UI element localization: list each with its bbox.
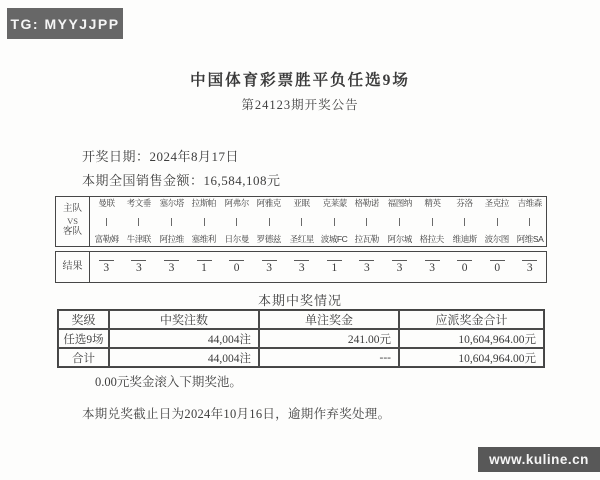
vs-tick-icon (171, 218, 172, 226)
score-placeholder-dash (164, 260, 179, 261)
away-team-name: 格拉夫 (420, 235, 444, 244)
match-result-value: 1 (201, 263, 207, 275)
away-team-name: 圣红星 (290, 235, 314, 244)
match-column: 拉斯帕塞维利 (188, 197, 221, 246)
vs-tick-icon (464, 218, 465, 226)
vs-tick-icon (106, 218, 107, 226)
vs-tick-icon (432, 218, 433, 226)
per-bet-prize-cell: 241.00元 (259, 329, 399, 348)
result-column: 3 (123, 252, 156, 282)
match-column: 考文垂牛津联 (123, 197, 156, 246)
match-result-value: 3 (266, 263, 272, 275)
match-column: 曼联富勒姆 (90, 197, 123, 246)
score-placeholder-dash (99, 260, 114, 261)
away-team-name: 牛津联 (127, 235, 151, 244)
vs-tick-icon (529, 218, 530, 226)
away-team-name: 罗德兹 (257, 235, 281, 244)
home-row-label: 主队 (63, 204, 82, 216)
winners-count-cell: 44,004注 (109, 348, 259, 367)
match-column: 圣克拉波尔图 (481, 197, 514, 246)
prize-level-cell: 合计 (58, 348, 109, 367)
result-column: 3 (383, 252, 416, 282)
home-team-name: 亚眠 (294, 199, 310, 208)
match-result-value: 3 (299, 263, 305, 275)
site-watermark-badge: www.kuline.cn (478, 447, 600, 472)
home-team-name: 圣克拉 (485, 199, 509, 208)
away-team-name: 阿拉维 (159, 235, 183, 244)
total-prize-cell: 10,604,964.00元 (399, 348, 544, 367)
match-column: 吉维森阿维SA (514, 197, 547, 246)
page-title: 中国体育彩票胜平负任选9场 (0, 68, 600, 90)
score-placeholder-dash (490, 260, 505, 261)
match-column: 亚眠圣红星 (285, 197, 318, 246)
telegram-watermark-badge: TG: MYYJJPP (7, 8, 123, 39)
score-placeholder-dash (131, 260, 146, 261)
match-column: 格勒诺拉瓦勒 (351, 197, 384, 246)
result-column: 0 (220, 252, 253, 282)
match-columns: 曼联富勒姆考文垂牛津联塞尔塔阿拉维拉斯帕塞维利阿弗尔日尔曼阿雅克罗德兹亚眠圣红星… (90, 197, 546, 246)
lottery-announcement-page: TG: MYYJJPP 中国体育彩票胜平负任选9场 第24123期开奖公告 开奖… (0, 0, 600, 480)
match-result-value: 0 (234, 263, 240, 275)
home-team-name: 考文垂 (127, 199, 151, 208)
vs-tick-icon (204, 218, 205, 226)
match-column: 克莱蒙波城FC (318, 197, 351, 246)
vs-tick-icon (269, 218, 270, 226)
match-column: 福图纳阿尔城 (383, 197, 416, 246)
prize-table-header: 奖级 (58, 310, 109, 329)
home-team-name: 拉斯帕 (192, 199, 216, 208)
away-team-name: 波城FC (321, 235, 348, 244)
issue-subtitle: 第24123期开奖公告 (0, 95, 600, 113)
prize-table-header: 应派奖金合计 (399, 310, 544, 329)
vs-tick-icon (366, 218, 367, 226)
match-result-value: 1 (331, 263, 337, 275)
away-team-name: 日尔曼 (224, 235, 248, 244)
result-table: 结果 33310331333003 (55, 251, 547, 283)
home-team-name: 曼联 (98, 199, 114, 208)
result-row-label: 结果 (56, 252, 90, 282)
prize-table: 奖级中奖注数单注奖金应派奖金合计任选9场44,004注241.00元10,604… (57, 309, 545, 368)
per-bet-prize-cell: --- (259, 348, 399, 367)
home-team-name: 阿弗尔 (224, 199, 248, 208)
home-team-name: 福图纳 (387, 199, 411, 208)
home-team-name: 塞尔塔 (159, 199, 183, 208)
score-placeholder-dash (392, 260, 407, 261)
home-team-name: 吉维森 (518, 199, 542, 208)
away-team-name: 塞维利 (192, 235, 216, 244)
vs-tick-icon (334, 218, 335, 226)
match-result-value: 0 (462, 263, 468, 275)
draw-date-line: 开奖日期：2024年8月17日 (82, 146, 239, 165)
home-team-name: 阿雅克 (257, 199, 281, 208)
prize-table-header: 单注奖金 (259, 310, 399, 329)
away-team-name: 维迪斯 (453, 235, 477, 244)
match-column: 芬洛维迪斯 (448, 197, 481, 246)
score-placeholder-dash (425, 260, 440, 261)
home-team-name: 芬洛 (457, 199, 473, 208)
score-placeholder-dash (457, 260, 472, 261)
match-column: 阿弗尔日尔曼 (220, 197, 253, 246)
result-column: 1 (318, 252, 351, 282)
result-column: 3 (285, 252, 318, 282)
match-column: 阿雅克罗德兹 (253, 197, 286, 246)
away-team-name: 富勒姆 (94, 235, 118, 244)
away-team-name: 阿尔城 (387, 235, 411, 244)
away-team-name: 波尔图 (485, 235, 509, 244)
score-placeholder-dash (229, 260, 244, 261)
match-column: 塞尔塔阿拉维 (155, 197, 188, 246)
result-column: 1 (188, 252, 221, 282)
result-column: 3 (351, 252, 384, 282)
score-placeholder-dash (262, 260, 277, 261)
away-row-label: 客队 (63, 227, 82, 239)
prize-section-title: 本期中奖情况 (0, 290, 600, 309)
away-team-name: 阿维SA (516, 235, 543, 244)
vs-tick-icon (301, 218, 302, 226)
home-team-name: 格勒诺 (355, 199, 379, 208)
score-placeholder-dash (327, 260, 342, 261)
home-team-name: 克莱蒙 (322, 199, 346, 208)
result-column: 0 (448, 252, 481, 282)
match-result-value: 0 (494, 263, 500, 275)
prize-level-cell: 任选9场 (58, 329, 109, 348)
vs-tick-icon (497, 218, 498, 226)
result-column: 3 (253, 252, 286, 282)
rollover-note: 0.00元奖金滚入下期奖池。 (95, 372, 242, 390)
redeem-deadline-note: 本期兑奖截止日为2024年10月16日，逾期作弃奖处理。 (82, 404, 390, 422)
score-placeholder-dash (522, 260, 537, 261)
score-placeholder-dash (197, 260, 212, 261)
prize-table-header: 中奖注数 (109, 310, 259, 329)
away-team-name: 拉瓦勒 (355, 235, 379, 244)
match-table: 主队 VS 客队 曼联富勒姆考文垂牛津联塞尔塔阿拉维拉斯帕塞维利阿弗尔日尔曼阿雅… (55, 196, 547, 247)
match-result-value: 3 (527, 263, 533, 275)
match-result-value: 3 (429, 263, 435, 275)
score-placeholder-dash (359, 260, 374, 261)
total-prize-cell: 10,604,964.00元 (399, 329, 544, 348)
match-result-value: 3 (136, 263, 142, 275)
result-column: 3 (90, 252, 123, 282)
sales-amount-line: 本期全国销售金额：16,584,108元 (82, 170, 281, 189)
vs-tick-icon (236, 218, 237, 226)
winners-count-cell: 44,004注 (109, 329, 259, 348)
result-column: 3 (155, 252, 188, 282)
vs-tick-icon (399, 218, 400, 226)
match-column: 精英格拉夫 (416, 197, 449, 246)
match-result-value: 3 (169, 263, 175, 275)
vs-tick-icon (138, 218, 139, 226)
match-result-value: 3 (103, 263, 109, 275)
match-table-label-column: 主队 VS 客队 (56, 197, 90, 246)
result-column: 3 (416, 252, 449, 282)
home-team-name: 精英 (424, 199, 440, 208)
match-result-value: 3 (397, 263, 403, 275)
result-column: 3 (514, 252, 547, 282)
result-column: 0 (481, 252, 514, 282)
result-columns: 33310331333003 (90, 252, 546, 282)
vs-label: VS (67, 216, 78, 227)
match-result-value: 3 (364, 263, 370, 275)
score-placeholder-dash (294, 260, 309, 261)
